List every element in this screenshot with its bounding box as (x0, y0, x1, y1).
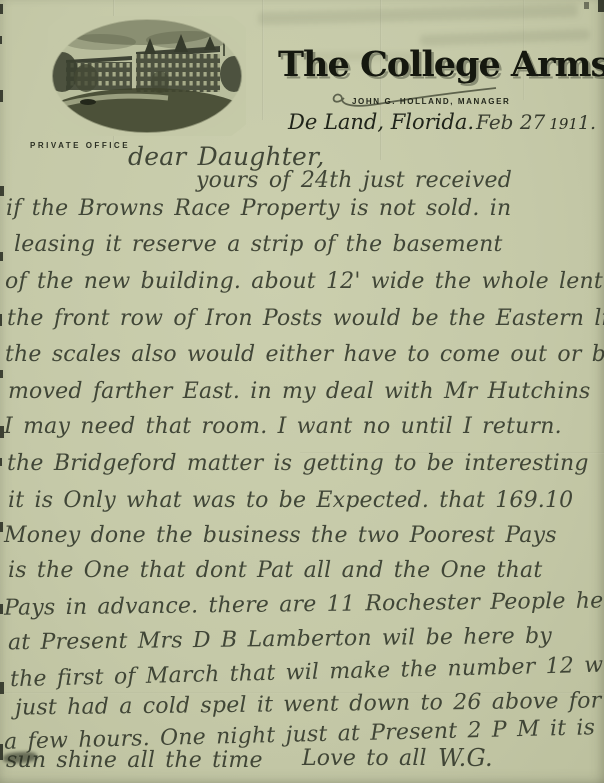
scan-artifact (598, 0, 604, 12)
letter-line: it is Only what was to be Expected. that… (8, 488, 573, 513)
private-office-caption: PRIVATE OFFICE (30, 141, 130, 150)
signature: W.G. (438, 744, 493, 772)
ink-scribble (3, 751, 38, 764)
letter-line: sun shine all the time (6, 748, 263, 773)
scan-artifact (0, 90, 3, 102)
scan-artifact (0, 36, 2, 44)
scan-artifact (584, 2, 589, 9)
scan-artifact (0, 4, 3, 14)
letter-line: the scales also would either have to com… (5, 342, 604, 367)
letter-line: is the One that dont Pat all and the One… (8, 558, 542, 583)
letter-line: the front row of Iron Posts would be the… (7, 306, 604, 331)
paper-crease (0, 692, 604, 694)
letter-line: leasing it reserve a strip of the baseme… (14, 232, 503, 257)
scan-artifact (0, 370, 3, 378)
letter-paper: PRIVATE OFFICE The College Arms John G. … (0, 0, 604, 783)
paper-crease (262, 0, 264, 120)
letter-line: moved farther East. in my deal with Mr H… (8, 379, 590, 404)
hotel-engraving-vignette (48, 16, 246, 136)
letter-line: just had a cold spel it went down to 26 … (15, 688, 602, 720)
manager-line: John G. Holland, Manager (352, 97, 510, 106)
ink-showthrough (258, 4, 578, 25)
letter-line: if the Browns Race Property is not sold.… (6, 196, 511, 221)
letter-line: the Bridgeford matter is getting to be i… (7, 451, 589, 476)
scan-artifact (0, 744, 3, 760)
hotel-name-title: The College Arms (278, 44, 590, 85)
scan-artifact (0, 604, 3, 614)
opening-line: yours of 24th just received (196, 168, 512, 193)
scan-artifact (0, 458, 2, 466)
salutation: dear Daughter, (128, 142, 325, 171)
scan-artifact (0, 682, 4, 694)
letter-line: of the new building. about 12' wide the … (5, 269, 604, 294)
dateline: De Land, Florida. Feb 27 1911. (288, 110, 588, 134)
scan-artifact (0, 186, 4, 196)
scan-artifact (0, 314, 2, 326)
letter-line: at Present Mrs D B Lamberton wil be here… (8, 624, 552, 656)
scan-artifact (0, 522, 3, 532)
letter-line: the first of March that wil make the num… (10, 651, 604, 692)
letter-line: Money done the business the two Poorest … (4, 523, 557, 548)
letter-line: I may need that room. I want no until I … (4, 414, 562, 439)
place-printed: De Land, Florida. (288, 110, 474, 134)
scan-artifact (0, 426, 4, 438)
year-printed: 191 (549, 115, 578, 133)
letter-line: Pays in advance. there are 11 Rochester … (4, 588, 604, 621)
year-handwritten: 1. (578, 112, 596, 134)
paper-crease (300, 452, 604, 454)
closing: Love to all (302, 746, 427, 771)
scan-artifact (0, 252, 3, 261)
date-handwritten: Feb 27 (476, 110, 545, 134)
letter-line: a few hours. One night just at Present 2… (4, 714, 604, 754)
